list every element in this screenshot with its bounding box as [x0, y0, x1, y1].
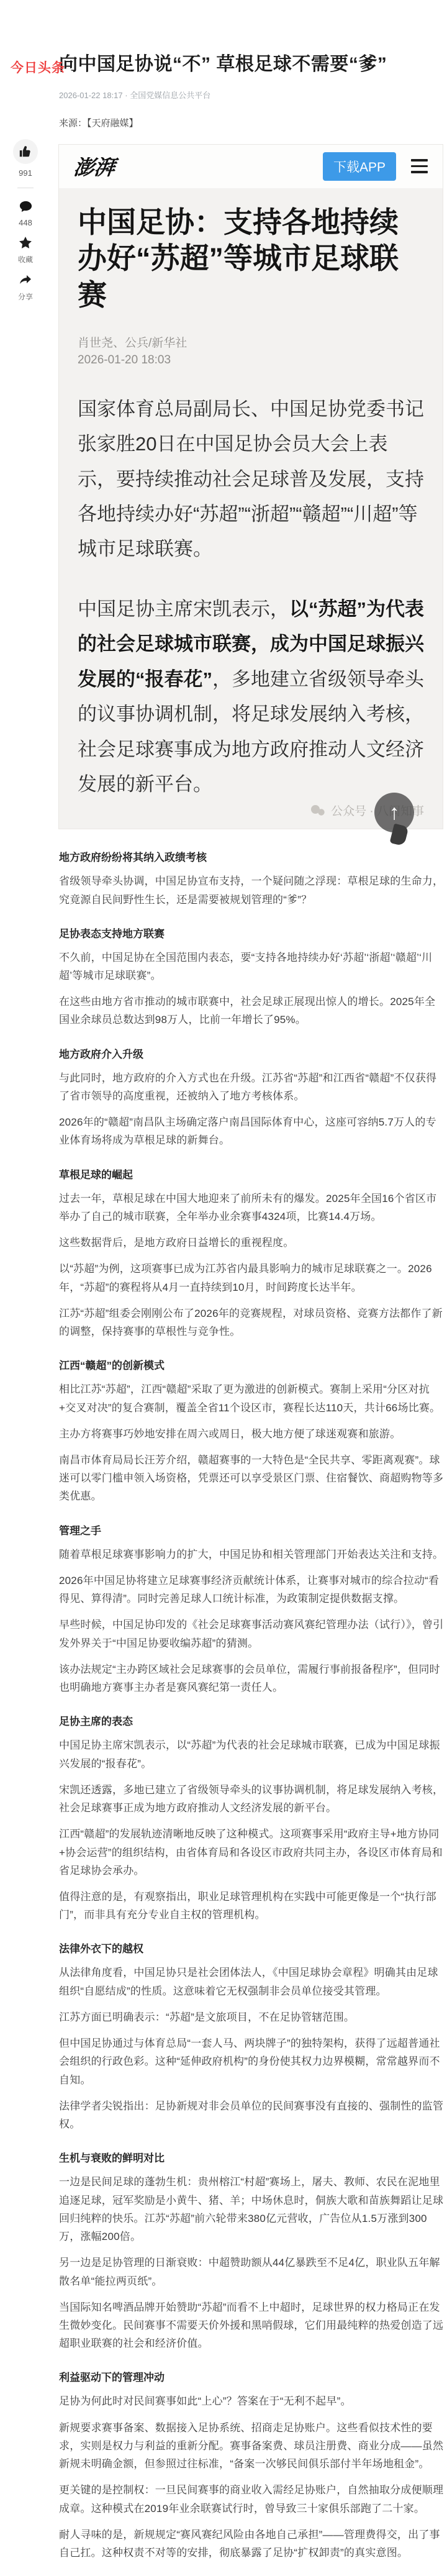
article-paragraph: 值得注意的是，有观察指出，职业足球管理机构在实践中可能更像是一个“执行部门”，而… [59, 1888, 444, 1924]
article-page: 向中国足协说“不” 草根足球不需要“爹” 2026-01-22 18:17 · … [59, 52, 444, 2576]
article-body: 地方政府纷纷将其纳入政绩考核省级领导牵头协调，中国足协宣布支持，一个疑问随之浮现… [59, 849, 444, 2562]
article-paragraph: 中国足协主席宋凯表示，以“苏超”为代表的社会足球城市联赛，已成为中国足球振兴发展… [59, 1736, 444, 1772]
card-paragraph: 中国足协主席宋凯表示，以“苏超”为代表的社会足球城市联赛，成为中国足球振兴发展的… [78, 592, 424, 802]
article-paragraph: 宋凯还透露，多地已建立了省级领导牵头的议事协调机制，将足球发展纳入考核，社会足球… [59, 1781, 444, 1817]
share-arrow-icon [18, 273, 33, 288]
article-paragraph: 该办法规定“主办跨区域社会足球赛事的会员单位，需履行事前报备程序”，但同时也明确… [59, 1660, 444, 1696]
share-label: 分享 [5, 291, 46, 302]
article-paragraph: 在这些由地方省市推动的城市联赛中，社会足球正展现出惊人的增长。2025年全国业余… [59, 993, 444, 1029]
thumbs-up-icon [19, 145, 32, 158]
article-paragraph: 江苏方面已明确表示：“苏超”是文旅项目，不在足协管辖范围。 [59, 2008, 444, 2026]
favorite-label: 收藏 [5, 254, 46, 265]
section-heading: 足协表态支持地方联赛 [59, 925, 444, 940]
star-icon [18, 235, 33, 250]
hamburger-menu-icon [411, 159, 428, 173]
article-paragraph: 省级领导牵头协调，中国足协宣布支持，一个疑问随之浮现：草根足球的生命力，究竟源自… [59, 872, 444, 908]
article-paragraph: 南昌市体育局局长汪芳介绍，赣超赛事的一大特色是“全民共享、零距离观赛”。球迷可以… [59, 1451, 444, 1506]
like-icon-background [13, 139, 38, 164]
article-paragraph: 一边是民间足球的蓬勃生机：贵州榕江“村超”赛场上，屠夫、教师、农民在泥地里追逐足… [59, 2173, 444, 2246]
article-paragraph: 不久前，中国足协在全国范围内表态，要“支持各地持续办好‘苏超’‘浙超’‘赣超’‘… [59, 949, 444, 985]
article-source: 来源：【天府融媒】 [59, 116, 444, 129]
article-paragraph: 当国际知名啤酒品牌开始赞助“苏超”而看不上中超时，足球世界的权力格局正在发生微妙… [59, 2298, 444, 2353]
section-heading: 生机与衰败的鲜明对比 [59, 2149, 444, 2165]
toutiao-logo[interactable]: 今日头条 [11, 58, 65, 76]
up-arrow-icon: ↑ [389, 801, 400, 825]
section-heading: 地方政府纷纷将其纳入政绩考核 [59, 849, 444, 864]
section-heading: 地方政府介入升级 [59, 1045, 444, 1061]
card-byline: 肖世尧、公兵/新华社 [78, 334, 424, 350]
article-meta: 2026-01-22 18:17 · 全国党媒信息公共平台 [59, 89, 444, 101]
thepaper-logo: 澎湃 [73, 152, 117, 181]
article-paragraph: 耐人寻味的是，新规规定“赛风赛纪风险由各地自己承担”——管理费得交，出了事自己扛… [59, 2526, 444, 2562]
article-paragraph: 相比江苏“苏超”，江西“赣超”采取了更为激进的创新模式。赛制上采用“分区对抗+交… [59, 1380, 444, 1416]
section-heading: 法律外衣下的越权 [59, 1940, 444, 1955]
section-heading: 江西“赣超”的创新模式 [59, 1357, 444, 1372]
article-paragraph: 江西“赣超”的发展轨迹清晰地反映了这种模式。这项赛事采用“政府主导+地方协同+协… [59, 1825, 444, 1880]
card-body: 中国足协：支持各地持续办好“苏超”等城市足球联赛 肖世尧、公兵/新华社 2026… [59, 188, 443, 829]
article-paragraph: 江苏“苏超”组委会刚刚公布了2026年的竞赛规程，对球员资格、竞赛方法都作了新的… [59, 1304, 444, 1340]
article-paragraph: 法律学者尖锐指出：足协新规对非会员单位的民间赛事没有直接的、强制性的监管权。 [59, 2097, 444, 2133]
article-paragraph: 以“苏超”为例，这项赛事已成为江苏省内最具影响力的城市足球联赛之一。2026年，… [59, 1260, 444, 1296]
article-paragraph: 与此同时，地方政府的介入方式也在升级。江苏省“苏超”和江西省“赣超”不仅获得了省… [59, 1069, 444, 1105]
article-paragraph: 足协为何此时对民间赛事如此“上心”？答案在于“无利不起早”。 [59, 2392, 444, 2410]
card-watermark: 公众号 · 八闽知事 [78, 802, 424, 819]
section-heading: 利益驱动下的管理冲动 [59, 2369, 444, 2384]
comment-bubble-icon [19, 199, 33, 214]
article-paragraph: 这些数据背后，是地方政府日益增长的重视程度。 [59, 1234, 444, 1252]
favorite-button[interactable]: 收藏 [5, 235, 46, 265]
section-heading: 足协主席的表态 [59, 1713, 444, 1728]
article-paragraph: 2026年的“赣超”南昌队主场确定落户南昌国际体育中心，这座可容纳5.7万人的专… [59, 1113, 444, 1149]
section-heading: 管理之手 [59, 1522, 444, 1537]
article-paragraph: 2026年中国足协将建立足球赛事经济贡献统计体系，让赛事对城市的综合拉动“看得见… [59, 1572, 444, 1608]
section-heading: 草根足球的崛起 [59, 1166, 444, 1181]
article-paragraph: 早些时候，中国足协印发的《社会足球赛事活动赛风赛纪管理办法（试行）》，曾引发外界… [59, 1616, 444, 1652]
card-date: 2026-01-20 18:03 [78, 353, 424, 367]
wechat-bubbles-icon [310, 804, 326, 817]
action-rail: 991 448 收藏 分享 [5, 139, 46, 310]
article-paragraph: 更关键的是控制权：一旦民间赛事的商业收入需经足协账户，自然抽取分成便顺理成章。这… [59, 2481, 444, 2517]
download-app-button: 下载APP [323, 152, 396, 181]
embedded-screenshot-card[interactable]: 澎湃 下载APP 中国足协：支持各地持续办好“苏超”等城市足球联赛 肖世尧、公兵… [59, 145, 443, 829]
card-header: 澎湃 下载APP [59, 145, 443, 188]
article-paragraph: 从法律角度看，中国足协只是社会团体法人，《中国足球协会章程》明确其由足球组织“自… [59, 1964, 444, 2000]
article-paragraph: 主办方将赛事巧妙地安排在周六或周日，极大地方便了球迷观赛和旅游。 [59, 1425, 444, 1443]
like-button[interactable]: 991 [5, 139, 46, 178]
article-paragraph: 随着草根足球赛事影响力的扩大，中国足协和相关管理部门开始表达关注和支持。 [59, 1545, 444, 1563]
article-title: 向中国足协说“不” 草根足球不需要“爹” [59, 52, 444, 77]
comment-count: 448 [5, 218, 46, 227]
article-paragraph: 但中国足协通过与体育总局“一套人马、两块牌子”的独特架构，获得了远超普通社会组织… [59, 2034, 444, 2089]
rail-divider [17, 188, 34, 188]
article-paragraph: 另一边是足协管理的日渐衰败：中超赞助额从44亿暴跌至不足4亿，职业队五年解散名单… [59, 2254, 444, 2290]
card-paragraph: 国家体育总局副局长、中国足协党委书记张家胜20日在中国足协会员大会上表示，要持续… [78, 392, 424, 567]
share-button[interactable]: 分享 [5, 273, 46, 302]
article-paragraph: 新规要求赛事备案、数据接入足协系统、招商走足协账户。这些看似技术性的要求，实则是… [59, 2419, 444, 2474]
card-title: 中国足协：支持各地持续办好“苏超”等城市足球联赛 [78, 204, 424, 314]
comment-button[interactable]: 448 [5, 199, 46, 227]
like-count: 991 [5, 168, 46, 178]
article-paragraph: 过去一年，草根足球在中国大地迎来了前所未有的爆发。2025年全国16个省区市举办… [59, 1190, 444, 1226]
